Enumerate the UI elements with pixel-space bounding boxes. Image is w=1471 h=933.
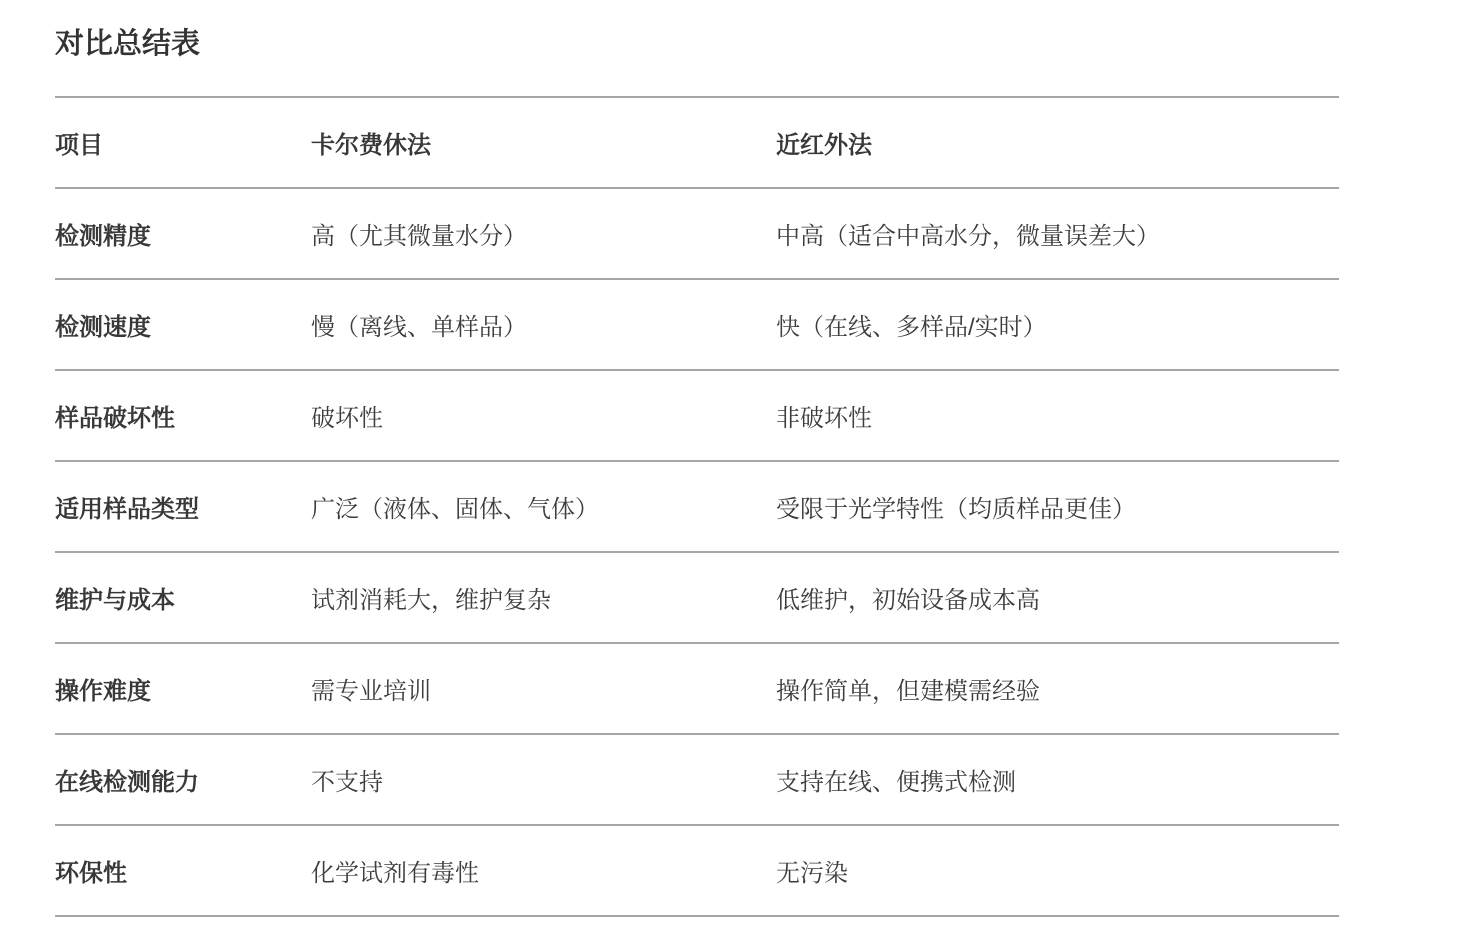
- header-cell-nir: 近红外法: [776, 97, 1339, 188]
- table-row: 检测速度 慢（离线、单样品） 快（在线、多样品/实时）: [55, 279, 1339, 370]
- row-label-cell: 样品破坏性: [55, 370, 311, 461]
- page-container: 对比总结表 项目 卡尔费休法 近红外法 检测精度 高（尤其微量水分） 中高（适合…: [0, 0, 1471, 917]
- row-label-cell: 在线检测能力: [55, 734, 311, 825]
- row-label-cell: 检测速度: [55, 279, 311, 370]
- row-label-cell: 检测精度: [55, 188, 311, 279]
- row-label-cell: 操作难度: [55, 643, 311, 734]
- karl-fischer-cell: 高（尤其微量水分）: [311, 188, 776, 279]
- nir-cell: 支持在线、便携式检测: [776, 734, 1339, 825]
- karl-fischer-cell: 广泛（液体、固体、气体）: [311, 461, 776, 552]
- row-label-cell: 适用样品类型: [55, 461, 311, 552]
- table-row: 在线检测能力 不支持 支持在线、便携式检测: [55, 734, 1339, 825]
- table-header-row: 项目 卡尔费休法 近红外法: [55, 97, 1339, 188]
- nir-cell: 操作简单，但建模需经验: [776, 643, 1339, 734]
- karl-fischer-cell: 不支持: [311, 734, 776, 825]
- row-label-cell: 维护与成本: [55, 552, 311, 643]
- nir-cell: 无污染: [776, 825, 1339, 916]
- table-row: 样品破坏性 破坏性 非破坏性: [55, 370, 1339, 461]
- header-cell-karl-fischer: 卡尔费休法: [311, 97, 776, 188]
- karl-fischer-cell: 化学试剂有毒性: [311, 825, 776, 916]
- table-row: 环保性 化学试剂有毒性 无污染: [55, 825, 1339, 916]
- comparison-table: 项目 卡尔费休法 近红外法 检测精度 高（尤其微量水分） 中高（适合中高水分，微…: [55, 96, 1339, 917]
- karl-fischer-cell: 试剂消耗大，维护复杂: [311, 552, 776, 643]
- nir-cell: 快（在线、多样品/实时）: [776, 279, 1339, 370]
- nir-cell: 受限于光学特性（均质样品更佳）: [776, 461, 1339, 552]
- karl-fischer-cell: 需专业培训: [311, 643, 776, 734]
- table-row: 维护与成本 试剂消耗大，维护复杂 低维护，初始设备成本高: [55, 552, 1339, 643]
- header-cell-item: 项目: [55, 97, 311, 188]
- table-row: 适用样品类型 广泛（液体、固体、气体） 受限于光学特性（均质样品更佳）: [55, 461, 1339, 552]
- nir-cell: 中高（适合中高水分，微量误差大）: [776, 188, 1339, 279]
- nir-cell: 非破坏性: [776, 370, 1339, 461]
- karl-fischer-cell: 慢（离线、单样品）: [311, 279, 776, 370]
- row-label-cell: 环保性: [55, 825, 311, 916]
- karl-fischer-cell: 破坏性: [311, 370, 776, 461]
- table-row: 检测精度 高（尤其微量水分） 中高（适合中高水分，微量误差大）: [55, 188, 1339, 279]
- table-row: 操作难度 需专业培训 操作简单，但建模需经验: [55, 643, 1339, 734]
- page-title: 对比总结表: [55, 24, 1471, 64]
- nir-cell: 低维护，初始设备成本高: [776, 552, 1339, 643]
